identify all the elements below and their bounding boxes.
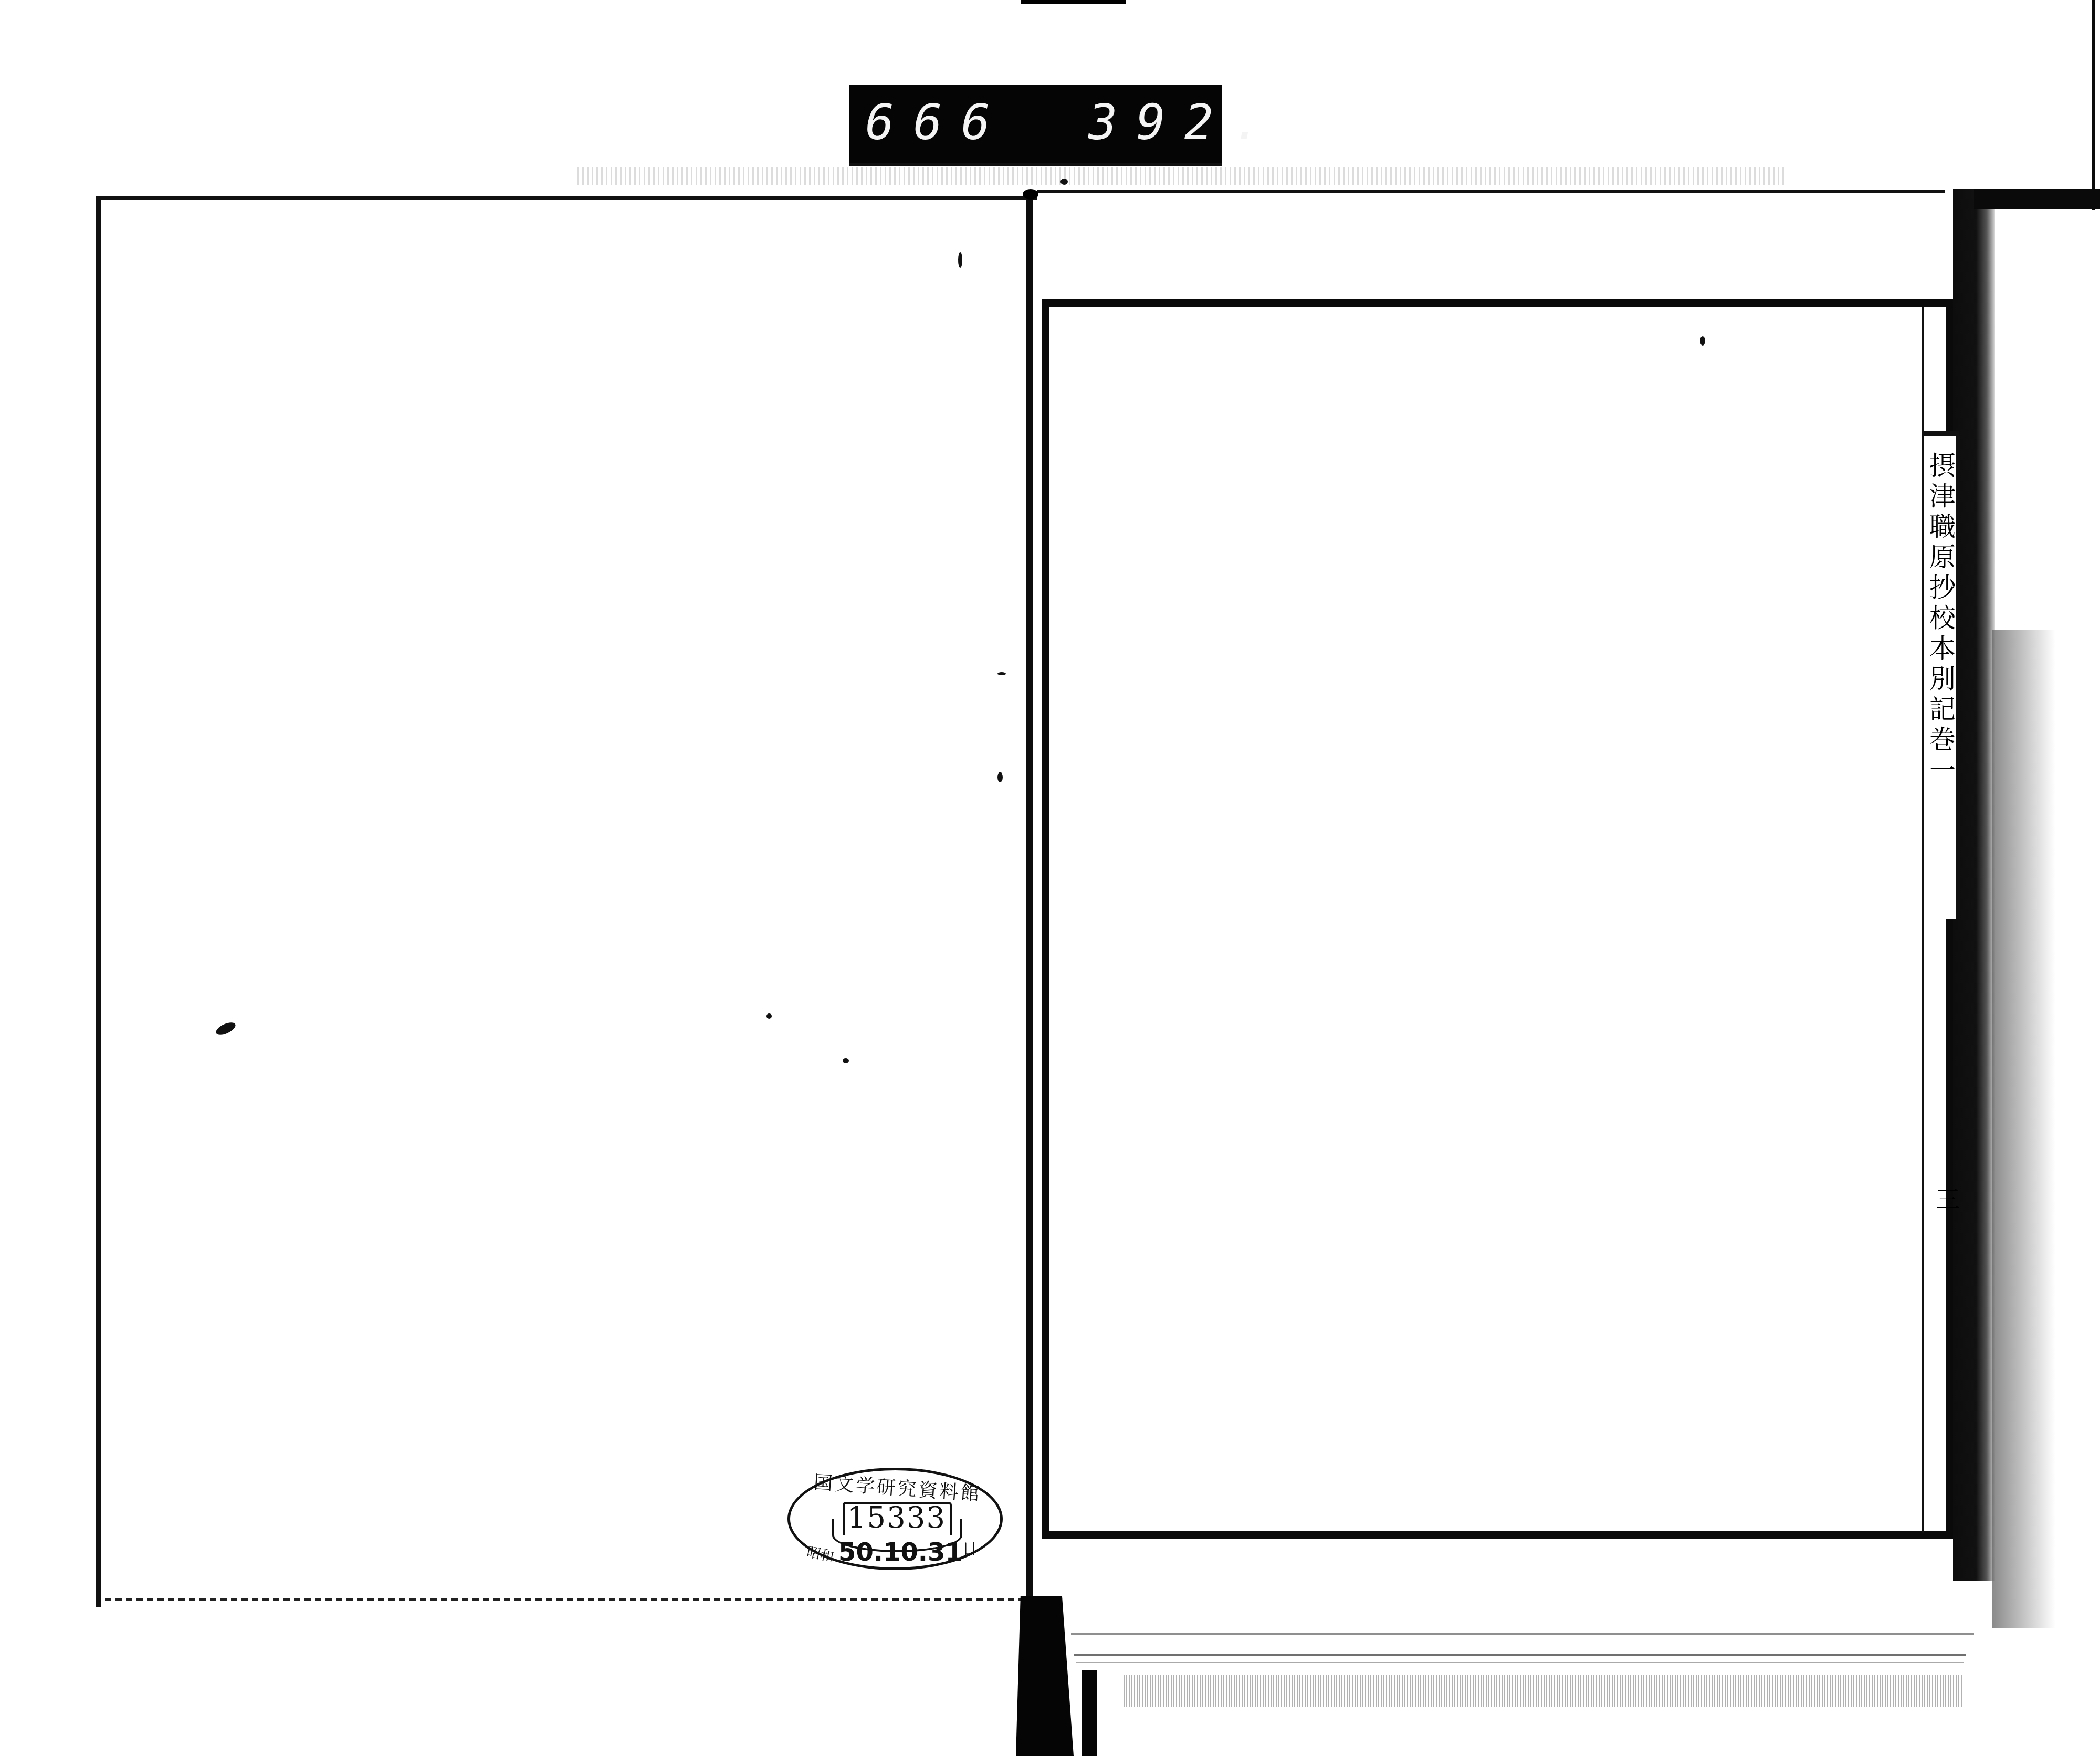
ink-speck (1700, 336, 1705, 346)
roll-number: 666 (865, 95, 1009, 151)
title-slip: 摂津職原抄校本別記巻一 (1921, 436, 1960, 919)
stamp-accession-number: 15333 (847, 1501, 947, 1535)
right-top-bar (1974, 189, 2100, 209)
film-frame-counter: 666 392. (849, 85, 1222, 166)
ink-speck (997, 672, 1006, 675)
frame-number: 392. (1088, 95, 1280, 151)
printed-border-frame (1042, 299, 1953, 1539)
left-page-blank (96, 196, 1041, 1607)
stamp-day-suffix: 日 (962, 1538, 977, 1559)
right-edge-shadow (1992, 630, 2055, 1628)
ink-speck (766, 1013, 772, 1019)
stamp-date: 50.10.31 (838, 1538, 963, 1567)
right-edge-line (2092, 0, 2095, 210)
ink-speck (997, 772, 1003, 782)
gutter-top-knot (1023, 189, 1038, 200)
top-edge-speckle (577, 167, 1785, 185)
ink-speck (843, 1058, 849, 1063)
spine-tick-marks: 三 (1942, 1187, 1963, 1250)
page-stack-edge (1071, 1633, 1974, 1635)
bottom-edge-speckle (1123, 1675, 1963, 1707)
page-stack-edge (1074, 1654, 1966, 1656)
gutter-base-shadow (1016, 1596, 1074, 1756)
left-page-bottom-edge (105, 1598, 1024, 1601)
library-stamp: 国文学研究資料館 15333 昭和 50.10.31 日 (787, 1468, 1003, 1570)
gutter-base-shadow-2 (1081, 1670, 1097, 1756)
ink-speck (958, 252, 962, 268)
top-black-tab (1021, 0, 1126, 4)
book-gutter (1026, 193, 1033, 1601)
ink-speck (1060, 179, 1068, 185)
spine-title: 摂津職原抄校本別記巻一 (1927, 452, 1954, 787)
page-stack-edge (1076, 1662, 1963, 1663)
